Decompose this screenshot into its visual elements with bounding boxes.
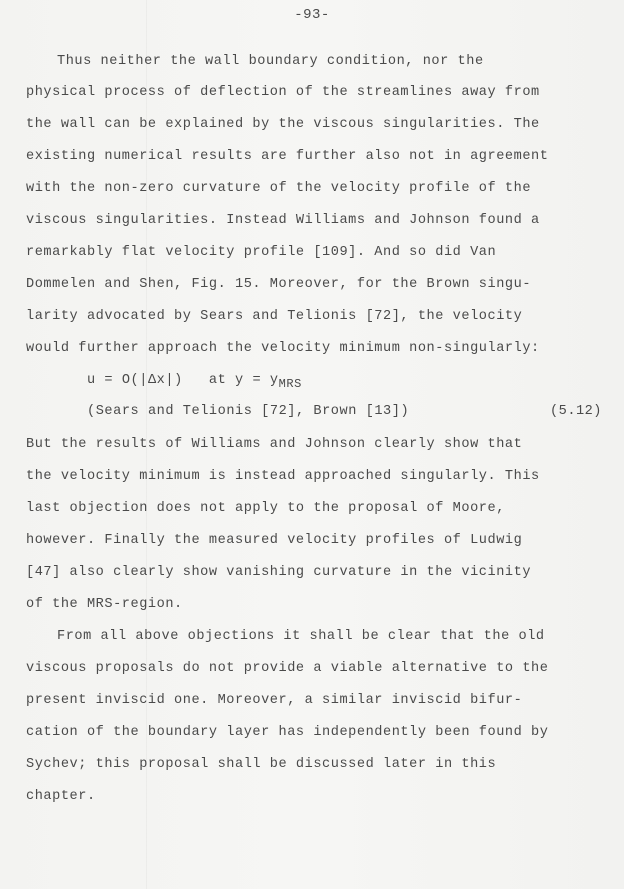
text-line: remarkably flat velocity profile [109]. … bbox=[26, 245, 496, 261]
text-line: present inviscid one. Moreover, a simila… bbox=[26, 693, 522, 709]
equation-lhs: u = O(|Δx|) at y = y bbox=[87, 373, 279, 388]
equation-citation: (Sears and Telionis [72], Brown [13]) bbox=[87, 404, 409, 420]
text-line: But the results of Williams and Johnson … bbox=[26, 437, 522, 453]
text-line: [47] also clearly show vanishing curvatu… bbox=[26, 565, 531, 581]
equation-expression: u = O(|Δx|) at y = yMRS bbox=[87, 373, 302, 389]
text-line: existing numerical results are further a… bbox=[26, 149, 548, 165]
text-line: physical process of deflection of the st… bbox=[26, 85, 540, 101]
equation-subscript: MRS bbox=[279, 377, 302, 391]
equation-number: (5.12) bbox=[550, 404, 602, 419]
document-page: -93- Thus neither the wall boundary cond… bbox=[0, 0, 624, 889]
text-line: Dommelen and Shen, Fig. 15. Moreover, fo… bbox=[26, 277, 531, 293]
text-line: Sychev; this proposal shall be discussed… bbox=[26, 757, 496, 773]
page-number: -93- bbox=[0, 7, 624, 23]
text-line: viscous proposals do not provide a viabl… bbox=[26, 661, 548, 677]
text-line: From all above objections it shall be cl… bbox=[57, 629, 545, 645]
text-line: larity advocated by Sears and Telionis [… bbox=[26, 309, 522, 325]
text-line: with the non-zero curvature of the veloc… bbox=[26, 181, 531, 197]
text-line: however. Finally the measured velocity p… bbox=[26, 533, 522, 549]
text-line: chapter. bbox=[26, 789, 96, 805]
text-line: Thus neither the wall boundary condition… bbox=[57, 54, 484, 70]
text-line: last objection does not apply to the pro… bbox=[26, 501, 505, 517]
text-line: the wall can be explained by the viscous… bbox=[26, 117, 540, 133]
text-line: cation of the boundary layer has indepen… bbox=[26, 725, 548, 741]
text-line: would further approach the velocity mini… bbox=[26, 341, 540, 357]
text-line: of the MRS-region. bbox=[26, 597, 183, 613]
text-line: the velocity minimum is instead approach… bbox=[26, 469, 540, 485]
text-line: viscous singularities. Instead Williams … bbox=[26, 213, 540, 229]
